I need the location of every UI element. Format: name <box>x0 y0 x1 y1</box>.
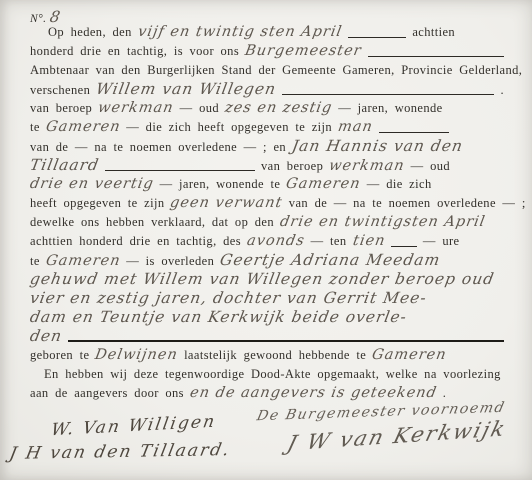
printed-year2: achttien honderd drie en tachtig, des <box>30 232 241 251</box>
hw-declarant1-residence: Gameren <box>44 118 122 137</box>
printed-op-heden: Op heden, den <box>48 23 132 42</box>
hw-declarant2-age: drie en veertig <box>28 175 155 194</box>
printed-jaren-wonende: — jaren, wonende <box>338 99 442 118</box>
hw-declarant2-relation: geen verwant <box>169 194 285 213</box>
hw-burgemeester: Burgemeester <box>243 42 363 61</box>
hw-declarant1-occupation: werkman <box>97 99 176 118</box>
hw-declarant1-age: zes en zestig <box>223 99 334 118</box>
printed-verschenen: verschenen <box>30 81 90 100</box>
line-declarant2-name2: Tillaard van beroep werkman — oud <box>30 156 510 175</box>
hw-deceased-age-father: vier en zestig jaren, dochter van Gerrit… <box>28 289 428 308</box>
printed-overledene2: van de — na te noemen overledene — ; <box>289 194 526 213</box>
printed-overledene-en: van de — na te noemen overledene — ; en <box>30 138 286 157</box>
hw-den: den <box>28 327 63 346</box>
hw-daypart: avonds <box>245 232 306 251</box>
hw-month: April <box>300 23 344 42</box>
line-death-time: achttien honderd drie en tachtig, des av… <box>30 232 510 251</box>
line-parents-deceased: den <box>30 327 510 346</box>
printed-oud2: — oud <box>411 157 450 176</box>
printed-ten: — ten <box>311 232 347 251</box>
line-declarant1-occupation: van beroep werkman — oud zes en zestig —… <box>30 99 510 118</box>
line-declarant2-age: drie en veertig — jaren, wonende te Game… <box>30 175 510 194</box>
line-date: Op heden, den vijf en twintig sten April… <box>30 23 510 42</box>
line-ambtenaar: Ambtenaar van den Burgerlijken Stand der… <box>30 61 510 80</box>
blank-rule <box>368 55 504 57</box>
hw-declarant2-residence: Gameren <box>285 175 363 194</box>
line-declarant2-relation: heeft opgegeven te zijn geen verwant van… <box>30 194 510 213</box>
hw-deceased-mother: dam en Teuntje van Kerkwijk beide overle… <box>28 308 408 327</box>
blank-rule <box>348 36 406 38</box>
line-declarant2-intro: van de — na te noemen overledene — ; en … <box>30 137 510 156</box>
line-declarant1-residence: te Gameren — die zich heeft opgegeven te… <box>30 118 510 137</box>
line-deceased-age-parents: vier en zestig jaren, dochter van Gerrit… <box>30 289 510 308</box>
line-deceased-mother: dam en Teuntje van Kerkwijk beide overle… <box>30 308 510 327</box>
printed-van-beroep2: van beroep <box>261 157 323 176</box>
printed-is-overleden: — is overleden <box>126 252 214 271</box>
signature-area: De Burgemeester voornoemd W. Van Willige… <box>0 398 532 480</box>
hw-birthplace: Delwijnen <box>94 346 180 365</box>
signature-declarant2: J H van den Tillaard. <box>8 440 233 464</box>
hw-declarant2-name-part2: Tillaard <box>28 156 100 175</box>
line-deceased-spouse: gehuwd met Willem van Willegen zonder be… <box>30 270 510 289</box>
signature-declarant1: W. Van Willigen <box>50 412 218 441</box>
printed-opgegeven: — die zich heeft opgegeven te zijn <box>126 118 332 137</box>
hw-day: vijf en twintig sten <box>136 23 297 42</box>
hw-hour: tien <box>351 232 387 251</box>
printed-laatstelijk: laatstelijk gewoond hebbende te <box>184 346 366 365</box>
hw-declarant1-relation: man <box>336 118 374 137</box>
printed-verklaard: dewelke ons hebben verklaard, dat op den <box>30 213 274 232</box>
line-closing1: En hebben wij deze tegenwoordige Dood-Ak… <box>30 365 510 384</box>
hw-declarant1-name: Willem van Willegen <box>95 80 278 99</box>
printed-year: honderd drie en tachtig, is voor ons <box>30 42 239 61</box>
printed-opgegeven2: heeft opgegeven te zijn <box>30 194 164 213</box>
death-certificate-page: N°. 8 Op heden, den vijf en twintig sten… <box>0 0 532 480</box>
line-declarant1-name: verschenen Willem van Willegen . <box>30 80 510 99</box>
printed-period: . <box>500 81 504 100</box>
printed-te2: te <box>30 252 40 271</box>
printed-ure: — ure <box>423 232 460 251</box>
hw-deceased-spouse: gehuwd met Willem van Willegen zonder be… <box>28 270 496 289</box>
line-year-official: honderd drie en tachtig, is voor ons Bur… <box>30 42 510 61</box>
printed-van-beroep: van beroep <box>30 99 92 118</box>
blank-rule-thick <box>68 339 504 342</box>
printed-closing1: En hebben wij deze tegenwoordige Dood-Ak… <box>44 365 501 384</box>
blank-rule <box>282 93 494 95</box>
printed-jaren-wonende2: — jaren, wonende te <box>160 175 281 194</box>
line-birthplace: geboren te Delwijnen laatstelijk gewoond… <box>30 346 510 365</box>
printed-die-zich: — die zich <box>367 175 432 194</box>
blank-rule <box>391 245 417 247</box>
printed-achttien: achttien <box>412 23 455 42</box>
line-deceased-name: te Gameren — is overleden Geertje Adrian… <box>30 251 510 270</box>
hw-death-place: Gameren <box>44 252 122 271</box>
printed-ambtenaar: Ambtenaar van den Burgerlijken Stand der… <box>30 61 522 80</box>
line-declaration: dewelke ons hebben verklaard, dat op den… <box>30 213 510 232</box>
hw-deceased-name: Geertje Adriana Meedam <box>219 251 443 270</box>
printed-te: te <box>30 118 40 137</box>
hw-declarant2-occupation: werkman <box>328 157 407 176</box>
blank-rule <box>105 169 255 171</box>
printed-oud: — oud <box>180 99 219 118</box>
hw-last-residence: Gameren <box>371 346 449 365</box>
hw-declarant2-name-part1: Jan Hannis van den <box>290 137 464 156</box>
akte-body: Op heden, den vijf en twintig sten April… <box>30 23 510 403</box>
printed-geboren-te: geboren te <box>30 346 89 365</box>
blank-rule <box>379 131 449 133</box>
signature-burgemeester: J W van Kerkwijk <box>285 417 510 456</box>
hw-death-date: drie en twintigsten April <box>278 213 487 232</box>
